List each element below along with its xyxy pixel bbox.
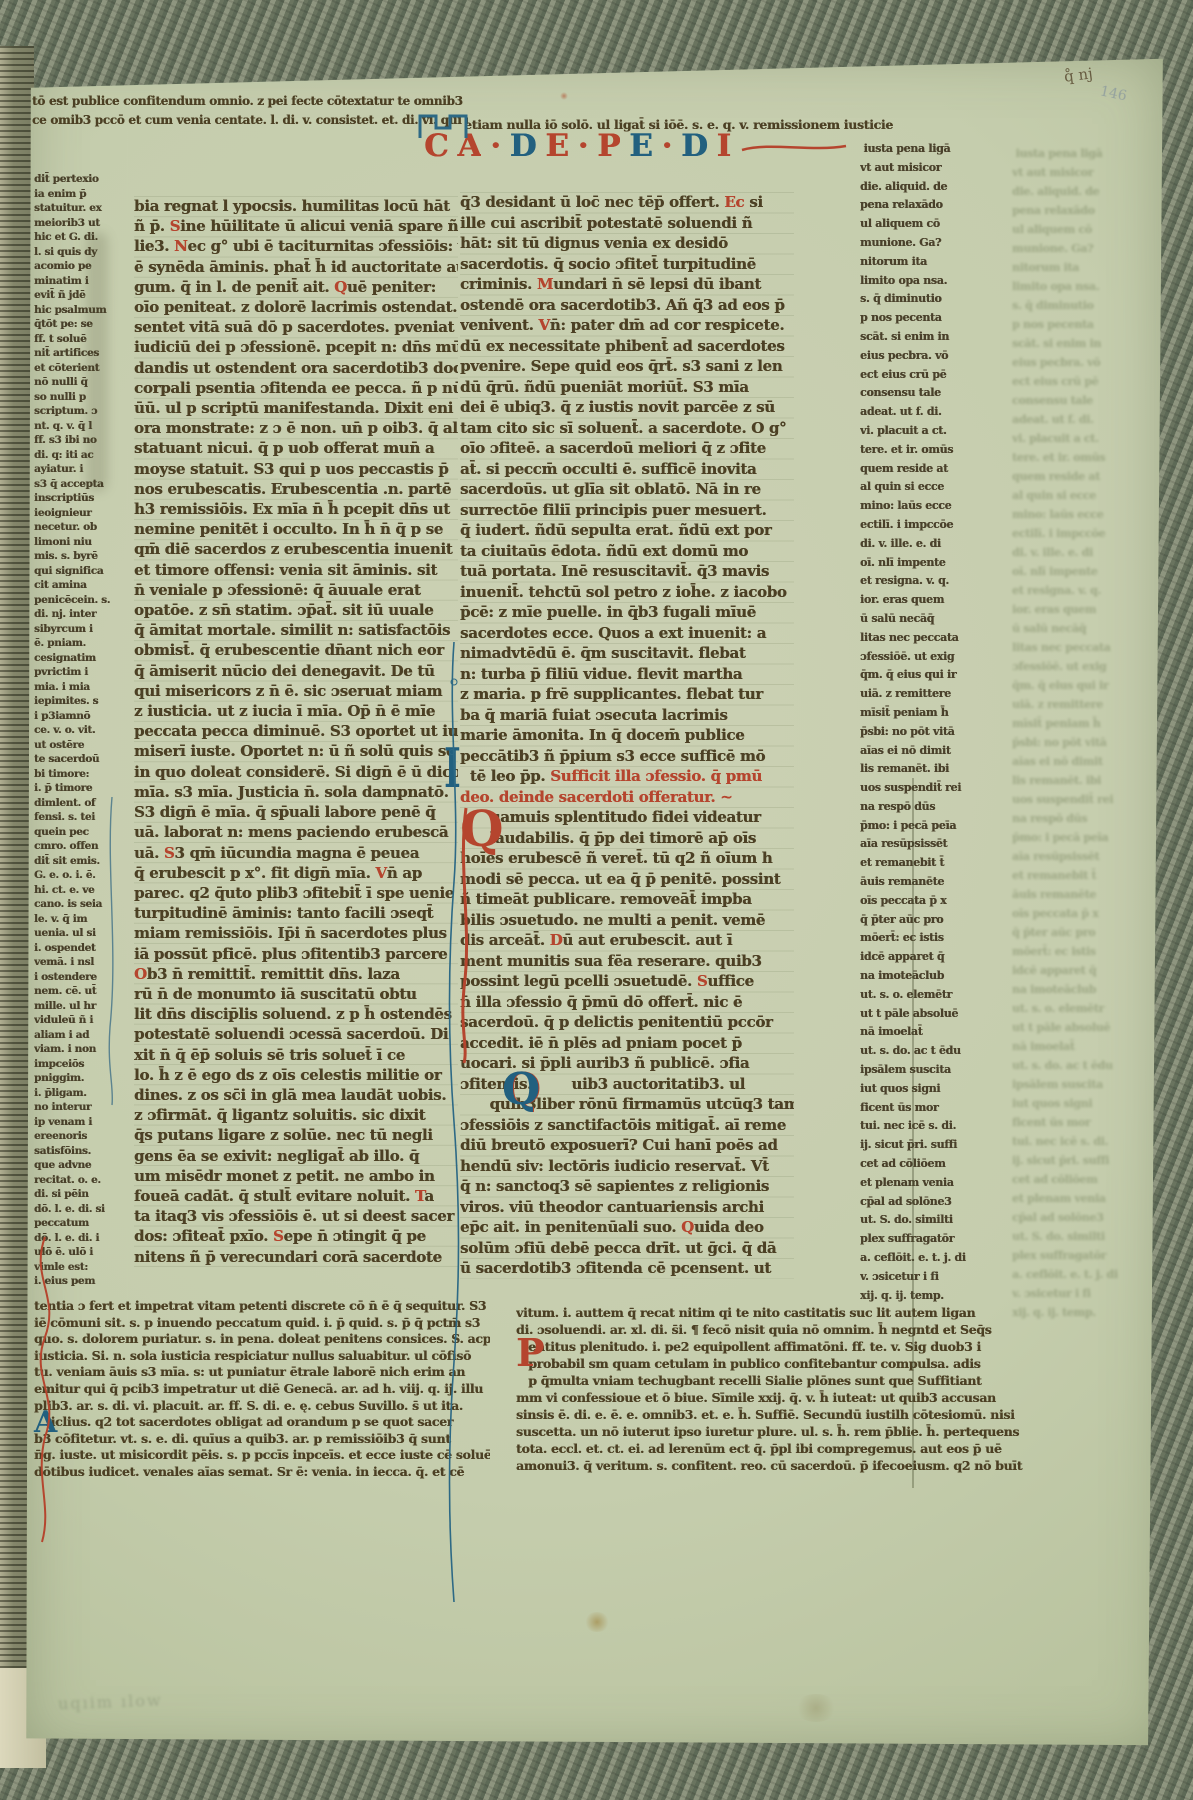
text-line: ut. s. do. ac t ēdu	[860, 1042, 1024, 1061]
text-line: cit amina	[34, 578, 140, 593]
text-line: et timore offensi: venia sit āminis. sit	[134, 560, 458, 580]
text-line: ut t pāle absoluē	[860, 1005, 1024, 1024]
text-line: tē leo p̄p. Sufficit illa ɔfessio. q̄ pm…	[460, 766, 794, 787]
text-line: dū ex necessitate phibent̄ ad sacerdotes	[460, 336, 794, 357]
text-line: ūū. ul p scriptū manifestanda. Dixit eni	[134, 398, 458, 418]
text-line: dū q̄rū. ñdū pueniāt moriūt̄. S3 mīa	[460, 377, 794, 398]
text-line: nem. cē. ut̄	[34, 984, 140, 999]
text-line: iut quos signi	[860, 1080, 1024, 1099]
text-line: dos: ɔfiteat̄ pxīo. Sepe n̄ ɔtingit q̄ p…	[134, 1226, 458, 1246]
text-line: lis remanēt. ibi	[860, 760, 1024, 779]
text-line: nā imoelat̄	[1012, 1037, 1164, 1056]
text-line: iut quos signi	[1012, 1094, 1164, 1113]
text-line: ep̄c ait. in penitenūali suo. Quida deo	[460, 1217, 794, 1238]
text-line: q̄ p̄ter aūc pro	[860, 911, 1024, 930]
text-line: die. aliquid. de	[860, 178, 1024, 197]
text-line: possint legū pcelli ɔsuetudē. Suffice	[460, 971, 794, 992]
text-line: tota. eccl. et. ct. ei. ad lerenūm ect q…	[516, 1440, 1040, 1457]
text-line: statuitur. ex	[34, 201, 140, 216]
text-line: parec. q2 q̄uto plib3 ɔfitebit̄ ī spe ue…	[134, 883, 458, 903]
text-line: na imoteāclub	[1012, 980, 1164, 999]
text-line: miam remissiōis. Ip̄i n̄ sacerdotes plus	[134, 923, 458, 943]
text-line: satisfōins.	[34, 1144, 140, 1159]
text-line: aīas ei nō dimit	[1012, 752, 1164, 771]
blue-initial-q: Q	[502, 1068, 540, 1112]
text-line: oī. nlī impente	[860, 554, 1024, 573]
commentary-block-left: tentia ɔ fert et impetrat vitam petenti …	[34, 1298, 490, 1481]
text-line: idcē apparet q̄	[860, 948, 1024, 967]
text-line: corpali psentia ɔfitenda ee pecca. ñ p n…	[134, 378, 458, 398]
text-line: G. e. o. i. ē.	[34, 868, 140, 883]
text-line: q̄ p̄ter aūc pro	[1012, 923, 1164, 942]
text-line: iē cōmuni sit. s. p inuendo peccatum qui…	[34, 1315, 490, 1332]
text-line: tu. veniam āuis s3 mīa. s: ut puniatur ē…	[34, 1364, 490, 1381]
text-line: v. ɔsicetur i fi	[860, 1268, 1024, 1287]
text-line: xij. q. ij. temp.	[860, 1287, 1024, 1306]
text-line: lit dn̄s discip̄lis soluend. z p h̄ oste…	[134, 1004, 458, 1024]
text-line: ectilī. i impccōe	[860, 516, 1024, 535]
text-line: impceiōs	[34, 1057, 140, 1072]
text-line: litas nec peccata	[1012, 638, 1164, 657]
text-line: turpitudinē āminis: tanto facili ɔseqt̄	[134, 903, 458, 923]
text-line: no interur	[34, 1100, 140, 1115]
text-line: p̄mo: i pecā peīa	[860, 817, 1024, 836]
text-line: ipsālem suscita	[1012, 1075, 1164, 1094]
text-column-right: q̄3 desidant ū loc̄ nec tēp̄ offert. Ec …	[460, 192, 794, 1279]
text-line: n̄ illa ɔfessio q̄ p̄mū dō offert̄. nic …	[460, 992, 794, 1013]
text-line: sacerdotes ecce. Quos a ext inuenit: a	[460, 623, 794, 644]
text-line: tui. nec icē s. di.	[860, 1117, 1024, 1136]
text-line: et resigna. v. q.	[1012, 581, 1164, 600]
text-line: ut. s. o. elemētr	[1012, 999, 1164, 1018]
text-line: ū salū necāq̄	[1012, 619, 1164, 638]
text-line: ū salū necāq̄	[860, 610, 1024, 629]
text-line: bi timore:	[34, 767, 140, 782]
parchment-smudge	[86, 232, 108, 492]
text-line: pniggim.	[34, 1071, 140, 1086]
text-line: q̄ āmiserit nūcio dei denegavit. De tū	[134, 661, 458, 681]
text-line: ect eius crū pē	[860, 366, 1024, 385]
text-line: ieoignieur	[34, 506, 140, 521]
text-line: consensu tale	[860, 384, 1024, 403]
text-line: sibyrcum i	[34, 622, 140, 637]
text-line: qui misericors z n̄ ē. sic ɔseruat miam	[134, 681, 458, 701]
text-line: et remanebit t̄	[860, 854, 1024, 873]
text-line: q̄ iudert. ñdū sepulta erat. ñdū ext por	[460, 520, 794, 541]
text-line: ipsālem suscita	[860, 1061, 1024, 1080]
text-line: pvenire. Sepe quid eos q̄rt̄. s3 sani z …	[460, 356, 794, 377]
text-line: aīas ei nō dimit	[860, 742, 1024, 761]
text-line: uiā. z remittere	[1012, 695, 1164, 714]
text-line: iusticia. Si. n. sola iusticia respiciat…	[34, 1348, 490, 1365]
text-line: nitorum ita	[1012, 258, 1164, 277]
text-line: dit̄ sit emis.	[34, 854, 140, 869]
text-line: tentia ɔ fert et impetrat vitam petenti …	[34, 1298, 490, 1315]
text-line: et resigna. v. q.	[860, 572, 1024, 591]
text-line: ect eius crū pē	[1012, 372, 1164, 391]
text-line: ut ostēre	[34, 738, 140, 753]
red-ink-speck	[560, 92, 568, 100]
text-line: dit̄ pertexio	[34, 172, 140, 187]
text-line: sacerdoū. q̄ p delictis penitentiū pccōr	[460, 1012, 794, 1033]
text-line: inscriptiūs	[34, 491, 140, 506]
parchment-page: tō est publice confitendum omnio. z pei …	[24, 52, 1164, 1752]
text-line: at̄. si peccm̄ occulti ē. sufficē inovit…	[460, 459, 794, 480]
text-line: idcē apparet q̄	[1012, 961, 1164, 980]
text-line: z iusticia. ut z iucia ī mīa. Op̄ n̄ ē m…	[134, 701, 458, 721]
text-line: tui. nec icē s. di.	[1012, 1132, 1164, 1151]
text-line: iusta pena ligā	[860, 140, 1024, 159]
text-line: oīo peniteat. z dolorē lacrimis ostendat…	[134, 297, 458, 317]
text-line: inuenit̄. tehctū sol petro z ioh̄e. z ia…	[460, 582, 794, 603]
text-line: ereenoris	[34, 1129, 140, 1144]
text-line: que advne	[34, 1158, 140, 1173]
text-line: et plenam venia	[1012, 1189, 1164, 1208]
manuscript-photo: { "palette":{"ink":"#4c4024","red":"#b54…	[0, 0, 1193, 1800]
text-line: dei ē ubiq3. q̄ z iustis novit parcēe z …	[460, 397, 794, 418]
text-line: gens ēa se exivit: negligat̄ ab illo. q̄	[134, 1146, 458, 1166]
text-line: limito opa nsa.	[860, 272, 1024, 291]
text-line: mōert̄: ec istis	[860, 929, 1024, 948]
text-line: hi. ct. e. ve	[34, 883, 140, 898]
text-line: ·	[490, 128, 501, 164]
text-line: viros. viū theodor cantuariensis archi	[460, 1197, 794, 1218]
text-line: rū n̄ de monumto iā suscitatū obtu	[134, 984, 458, 1004]
text-line: uamuis splentitudo fidei videatur	[460, 807, 794, 828]
text-line: ij. sicut p̄ri. suffi	[860, 1136, 1024, 1155]
text-line: sentet vitā suā dō p sacerdotes. pveniat	[134, 317, 458, 337]
text-line: ce. v. o. vit.	[34, 723, 140, 738]
text-line: I	[717, 128, 731, 164]
text-line: obmist̄. q̄ erubescentie dn̄ant nich eor	[134, 640, 458, 660]
text-line: ment munitis sua fēa reserare. quib3	[460, 951, 794, 972]
text-line: liclius. q2 tot sacerdotes obligat ad or…	[34, 1414, 490, 1431]
text-line: al quin si ecce	[1012, 486, 1164, 505]
text-line: emitur qui q̄ pcib3 impetratur ut diē Ge…	[34, 1381, 490, 1398]
text-line: pena relaxādo	[860, 196, 1024, 215]
text-line: diū breutō exposuerī? Cui hanī poēs ad	[460, 1135, 794, 1156]
text-line: iā possūt pficē. plus ɔfitentib3 parcere	[134, 944, 458, 964]
text-line: z ɔfirmāt. q̄ ligantz soluitis. sic dixi…	[134, 1105, 458, 1125]
blue-penwork-knot	[416, 108, 472, 144]
text-line: scāt. si enim in	[1012, 334, 1164, 353]
text-line: oīs peccata p̄ x	[860, 892, 1024, 911]
text-line: bilis ɔsuetudo. ne multi a penit. vemē	[460, 910, 794, 931]
text-line: q̄m. q̄ eius qui ir	[860, 666, 1024, 685]
text-line: plex suffragatōr	[1012, 1246, 1164, 1265]
text-line: q̄ n: sanctoq3 sē sapientes z religionis	[460, 1176, 794, 1197]
text-line: n̄ veniale p ɔfessionē: q̄ āuuale erat	[134, 580, 458, 600]
text-line: ij. sicut p̄ri. suffi	[1012, 1151, 1164, 1170]
text-line: pvrictim i	[34, 665, 140, 680]
gloss-column-right: iusta pena ligāvt aut misicordie. aliqui…	[860, 140, 1024, 1305]
text-line: ·	[661, 128, 672, 164]
text-line: potestatē soluendi ɔcessā sacerdoū. Di	[134, 1024, 458, 1044]
text-line: nā imoelat̄	[860, 1023, 1024, 1042]
text-line: amonui3. q̄ veritum. s. confitent. reo. …	[516, 1457, 1040, 1474]
text-line: mino: laūs ecce	[1012, 505, 1164, 524]
text-line: ñ p̄. Sine hūilitate ū alicui veniā spar…	[134, 216, 458, 236]
margin-note-top-left: tō est publice confitendum omnio. z pei …	[32, 92, 468, 130]
text-line: lie3. Nec g° ubi ē taciturnitas ɔfessiōi…	[134, 236, 458, 256]
text-line: bia regnat l ypocsis. humilitas locū hāt	[134, 196, 458, 216]
text-line: n̄g. iuste. ut misicordit pēis. s. p pcc…	[34, 1447, 490, 1464]
text-line: ·	[578, 128, 589, 164]
text-line: dō. l. e. di. si	[34, 1202, 140, 1217]
text-line: ip venam i	[34, 1115, 140, 1130]
text-line: plib3. ar. s. di. vi. placuit. ar. ff. S…	[34, 1398, 490, 1415]
text-line: hāt: sit tū dignus venia ex desidō	[460, 233, 794, 254]
text-line: q̄m. q̄ eius qui ir	[1012, 676, 1164, 695]
text-line: mīsit̄ peniam h̄	[860, 704, 1024, 723]
text-line: dines. z os sc̄i in glā mea laudāt uobis…	[134, 1085, 458, 1105]
text-line: āuis remanēte	[1012, 885, 1164, 904]
text-line: cet ad cōliōem	[860, 1155, 1024, 1174]
text-line: et remanebit t̄	[1012, 866, 1164, 885]
text-line: nos erubescatis. Erubescentia .n. partē	[134, 479, 458, 499]
text-line: mīsit̄ peniam h̄	[1012, 714, 1164, 733]
text-line: ut. S. do. similti	[860, 1211, 1024, 1230]
ink-rule-line	[912, 778, 914, 1488]
text-line: di. v. ille. e. di	[860, 535, 1024, 554]
text-line: P	[597, 128, 620, 164]
text-line: p q̄multa vniam techugbant recelli Siali…	[516, 1372, 1040, 1389]
text-line: aliam i ad	[34, 1028, 140, 1043]
text-line: iusta pena ligā	[1012, 144, 1164, 163]
text-line: tere. et ir. omūs	[860, 441, 1024, 460]
text-line: ut. S. do. similti	[1012, 1227, 1164, 1246]
text-line: deo. deinde sacerdoti offeratur. ~	[460, 787, 794, 808]
text-line: fensi. s. tei	[34, 810, 140, 825]
text-line: penicēcein. s.	[34, 593, 140, 608]
text-line: statuant nicui. q̄ p uob offerat mun̄ a	[134, 438, 458, 458]
text-line: entitus plenitudo. i. pe2 equipollent af…	[516, 1338, 1040, 1355]
text-line: mino: laūs ecce	[860, 497, 1024, 516]
text-line: necetur. ob	[34, 520, 140, 535]
text-line: al quin si ecce	[860, 478, 1024, 497]
text-line: die. aliquid. de	[1012, 182, 1164, 201]
text-line: cmro. offen	[34, 839, 140, 854]
text-line: dis arceāt̄. Dū aut erubescit. aut ī	[460, 930, 794, 951]
text-line: iepimites. s	[34, 694, 140, 709]
text-line: vitum. i. auttem q̄ recat nitim qi te ni…	[516, 1304, 1040, 1321]
text-line: uā. S3 qm̄ iūcundia magna ē peuea	[134, 843, 458, 863]
text-line: tere. et ir. omūs	[1012, 448, 1164, 467]
text-line: ce omib3 pccō et cum venia centate. l. d…	[32, 111, 468, 130]
text-line: peccata pecca diminuē. S3 oportet ut ius…	[134, 721, 458, 741]
text-line: p nos pecenta	[1012, 315, 1164, 334]
faint-stamp-offset: uqıim ılow	[58, 1686, 299, 1713]
text-line: munione. Ga?	[1012, 239, 1164, 258]
text-line: accedit. iē n̄ plēs ad pniam pocet p̄	[460, 1033, 794, 1054]
text-line: quo. s. dolorem puriatur. s. in pena. do…	[34, 1331, 490, 1348]
text-line: S3 dign̄ ē mīa. q̄ sp̄uali labore penē q…	[134, 802, 458, 822]
text-line: p̄sbi: no pōt vitā	[860, 723, 1024, 742]
text-line: ul aliquem cō	[860, 215, 1024, 234]
text-line: ɔfessiōē. ut exig	[1012, 657, 1164, 676]
text-line: hendū siv: lectōris iudicio reservat̄. V…	[460, 1156, 794, 1177]
blue-penwork-tail	[444, 642, 470, 1622]
text-line: adeat. ut f. di.	[1012, 410, 1164, 429]
text-line: miserī iuste. Oportet n: ū ñ solū quis s…	[134, 741, 458, 761]
text-line: di. v. ille. e. di	[1012, 543, 1164, 562]
text-line: modi sē pecca. ut ea q̄ p̄ penitē. possi…	[460, 869, 794, 890]
text-line: mille. ul hr	[34, 999, 140, 1014]
text-line: uiā. z remittere	[860, 685, 1024, 704]
text-line: ut. s. o. elemētr	[860, 986, 1024, 1005]
text-line: plex suffragatōr	[860, 1230, 1024, 1249]
red-initial-p: P	[516, 1334, 545, 1372]
commentary-block-right: vitum. i. auttem q̄ recat nitim qi te ni…	[516, 1304, 1040, 1474]
text-line: criminis. Mundari n̄ sē lepsi dū ibant	[460, 274, 794, 295]
text-line: i. p̄ligam.	[34, 1086, 140, 1101]
text-line: gum. q̄ in l. de penit̄ ait. Quē peniter…	[134, 277, 458, 297]
text-line: nemine penitēt i occulto. In h̄ n̄ q̄ p …	[134, 519, 458, 539]
text-line: ē synēda āminis. phat̄ h̄ id auctoritate…	[134, 257, 458, 277]
text-line: na respō dūs	[860, 798, 1024, 817]
text-line: litas nec peccata	[860, 629, 1024, 648]
text-line: le. v. q̄ im	[34, 912, 140, 927]
text-line: solūm ɔfiū debē pecca drīt. ut ḡci. q̄ d…	[460, 1238, 794, 1259]
text-line: et plenam venia	[860, 1174, 1024, 1193]
text-line: ɔfessiōis z sanctifactōis mitigat̄. aī r…	[460, 1115, 794, 1136]
text-line: marie āmonita. In q̄ docem̄ publice	[460, 725, 794, 746]
text-line: limoni niu	[34, 535, 140, 550]
text-line: aīa resūpsissēt	[1012, 847, 1164, 866]
text-line: vi. placuit a ct.	[1012, 429, 1164, 448]
text-line: p nos pecenta	[860, 309, 1024, 328]
text-line: dimlent. of	[34, 796, 140, 811]
text-line: di. ɔsoluendi. ar. xl. di. s̄i. ¶ fecō n…	[516, 1321, 1040, 1338]
text-line: cet ad cōliōem	[1012, 1170, 1164, 1189]
text-line: mis. s. byrē	[34, 549, 140, 564]
text-line: viduleū ñ i	[34, 1013, 140, 1028]
text-line: meiorib3 ut	[34, 216, 140, 231]
text-line: adeat. ut f. di.	[860, 403, 1024, 422]
text-line: ectilī. i impccōe	[1012, 524, 1164, 543]
text-line: q̄s putans ligare z solūe. nec tū negli	[134, 1125, 458, 1145]
folio-pencil-number: 146	[1099, 83, 1128, 104]
text-line: ficent ūs mor	[1012, 1113, 1164, 1132]
text-line: pena relaxādo	[1012, 201, 1164, 220]
text-line: consensu tale	[1012, 391, 1164, 410]
text-line: na respō dūs	[1012, 809, 1164, 828]
text-line: q̄ āmitat mortale. similit n: satisfactō…	[134, 620, 458, 640]
text-line: āuis remanēte	[860, 873, 1024, 892]
text-line: cp̄al ad solōne3	[1012, 1208, 1164, 1227]
text-line: i p3iamnō	[34, 709, 140, 724]
text-line: eius pecbra. vō	[1012, 353, 1164, 372]
text-line: p̄sbi: no pōt vitā	[1012, 733, 1164, 752]
text-line: scāt. si enim in	[860, 328, 1024, 347]
text-line: hoīes erubescē ñ veret̄. tū q2 ñ oīum h	[460, 848, 794, 869]
text-line: ɔfessiōē. ut exig	[860, 648, 1024, 667]
red-initial-tail	[456, 808, 476, 1068]
text-line: nitens ñ p̄ verecundari corā sacerdote	[134, 1247, 458, 1267]
text-line: na imoteāclub	[860, 967, 1024, 986]
text-line: D	[681, 128, 708, 164]
bleedthrough-text: iusta pena ligāvt aut misicordie. aliqui…	[1012, 144, 1164, 1322]
text-line: di. si pēin	[34, 1187, 140, 1202]
text-line: p̄mo: i pecā peīa	[1012, 828, 1164, 847]
text-line: ñ timeāt publicare. removeāt̄ impba	[460, 889, 794, 910]
text-line: foueā cadāt. q̄ stult̄ evitare noluit. T…	[134, 1186, 458, 1206]
text-line: peccatum	[34, 1216, 140, 1231]
text-line: h3 remissiōis. Ex mīa n̄ h̄ pcepit dn̄s …	[134, 499, 458, 519]
text-line: vemā. i nsl	[34, 955, 140, 970]
text-line: i. p̄ timore	[34, 781, 140, 796]
text-line: oīo ɔfiteē. a sacerdoū meliori q̄ z ɔfit…	[460, 438, 794, 459]
red-line-filler	[740, 140, 850, 154]
text-line: mia. i mia	[34, 680, 140, 695]
text-line: vt aut misicor	[1012, 163, 1164, 182]
text-line: uos suspendit̄ rei	[1012, 790, 1164, 809]
text-line: i ostendere	[34, 970, 140, 985]
text-line: quein pec	[34, 825, 140, 840]
text-line: uā. laborat n: mens paciendo erubescā	[134, 822, 458, 842]
text-line: moyse statuit. S3 qui p uos peccastis p̄	[134, 459, 458, 479]
text-line: a. ceflōit. e. t. j. di	[860, 1249, 1024, 1268]
text-line: probabil sm quam cetulam in publico conf…	[516, 1355, 1040, 1372]
text-line: mōert̄: ec istis	[1012, 942, 1164, 961]
text-line: oī. nlī impente	[1012, 562, 1164, 581]
text-line: ora monstrate: z ɔ ē non. un̄ p oib3. q̄…	[134, 418, 458, 438]
text-line: i. ospendet	[34, 941, 140, 956]
parchment-stain	[584, 1612, 610, 1632]
text-line: Ob3 n̄ remittit̄. remittit dn̄s. laza	[134, 964, 458, 984]
text-line: tō est publice confitendum omnio. z pei …	[32, 92, 468, 111]
text-line: s. q̄ diminutio	[860, 290, 1024, 309]
text-line: peccātib3 ñ p̄pium s3 ecce sufficē mō	[460, 746, 794, 767]
text-line: n: turba p̄ filiū vidue. flevit martha	[460, 664, 794, 685]
text-line: recitat. o. e.	[34, 1173, 140, 1188]
text-line: qm̄ diē sacerdos z erubescentia inuenit	[134, 539, 458, 559]
text-line: ū sacerdotib3 ɔfitenda cē pcensent. ut	[460, 1258, 794, 1279]
text-line: qui significa	[34, 564, 140, 579]
text-line: p̄cē: z mīe puelle. in q̄b3 fugali mīuē	[460, 602, 794, 623]
text-line: q̄3 desidant ū loc̄ nec tēp̄ offert. Ec …	[460, 192, 794, 213]
text-line: viam. i non	[34, 1042, 140, 1057]
text-line: ta itaq3 vis ɔfessiōis ē. ut si deest sa…	[134, 1206, 458, 1226]
text-line: ior. eras quem	[1012, 600, 1164, 619]
parchment-stain	[794, 1694, 838, 1722]
text-line: dandis ut ostendent ora sacerdotib3 doce…	[134, 358, 458, 378]
text-line: sacerdoūs. ut glīa sit oblatō. Nā in re	[460, 479, 794, 500]
text-line: um misēdr monet z petit. ne ambo in	[134, 1166, 458, 1186]
text-line: tuā portata. Inē resuscitavit̄. q̄3 mavi…	[460, 561, 794, 582]
text-line: surrectōe filiī principis puer mesuert.	[460, 500, 794, 521]
text-line: limito opa nsa.	[1012, 277, 1164, 296]
text-line: vi. placuit a ct.	[860, 422, 1024, 441]
text-line: uos suspendit̄ rei	[860, 779, 1024, 798]
text-line: cesignatim	[34, 651, 140, 666]
text-line: sinsis ē. di. e. ē. e. omnib3. et. e. h̄…	[516, 1406, 1040, 1423]
text-line: aīa resūpsissēt	[860, 835, 1024, 854]
text-line: E	[629, 128, 652, 164]
red-margin-flourish	[30, 1237, 60, 1547]
text-line: ut. s. do. ac t ēdu	[1012, 1056, 1164, 1075]
text-line: ficent ūs mor	[860, 1099, 1024, 1118]
text-line: v. ɔsicetur i fi	[1012, 1284, 1164, 1303]
text-line: mm vi confessioue et ō biue. Sīmile xxij…	[516, 1389, 1040, 1406]
text-line: lis remanēt. ibi	[1012, 771, 1164, 790]
text-line: nimadvtēdū ē. q̄m suscitavit. flebat	[460, 643, 794, 664]
text-line: eius pecbra. vō	[860, 347, 1024, 366]
text-line: laudabilis. q̄ p̄p dei timorē ap̄ oīs	[460, 828, 794, 849]
text-line: munione. Ga?	[860, 234, 1024, 253]
text-line: opatōe. z sn̄ statim. ɔp̄at̄. sit iū uua…	[134, 600, 458, 620]
text-line: iudiciū dei p ɔfessionē. pcepit n: dn̄s …	[134, 337, 458, 357]
